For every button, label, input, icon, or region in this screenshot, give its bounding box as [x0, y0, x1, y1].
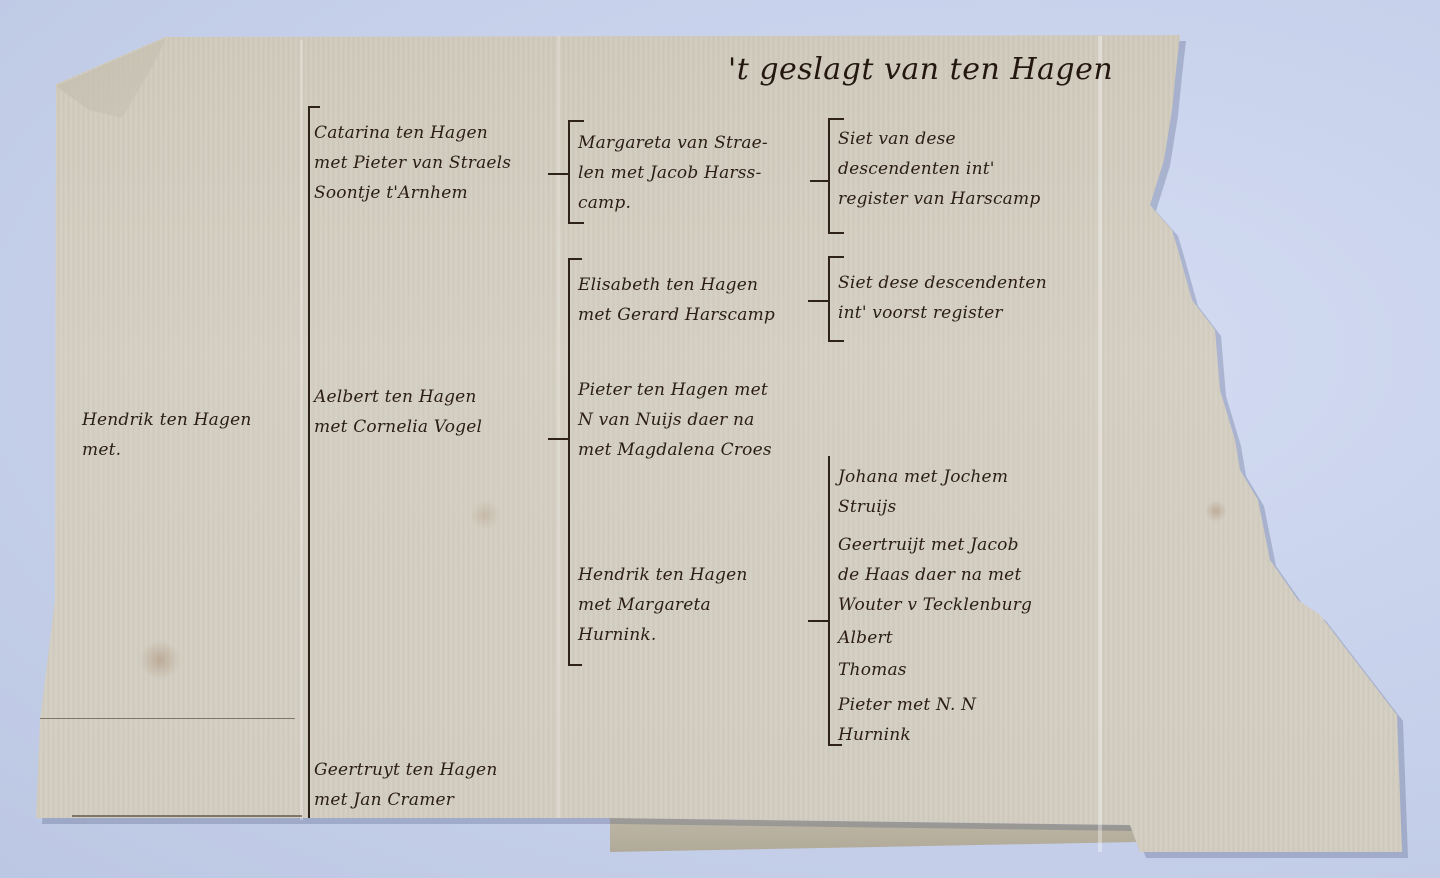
person-aelbert: Aelbert ten Hagen met Cornelia Vogel: [314, 382, 482, 442]
fold-crease: [300, 40, 303, 820]
entry-line: Albert: [838, 623, 893, 653]
entry-line: Geertruijt met Jacob: [838, 530, 1032, 560]
person-albert: Albert: [838, 623, 893, 653]
person-thomas: Thomas: [838, 655, 907, 685]
ruled-line: [72, 815, 302, 817]
person-hendrik-jr: Hendrik ten Hagen met Margareta Hurnink.: [578, 560, 747, 650]
entry-line: int' voorst register: [838, 298, 1047, 328]
person-johana: Johana met Jochem Struijs: [838, 462, 1008, 522]
entry-line: Hurnink.: [578, 620, 747, 650]
person-pieter: Pieter ten Hagen met N van Nuijs daer na…: [578, 375, 772, 465]
entry-line: N van Nuijs daer na: [578, 405, 772, 435]
person-pieter-nn: Pieter met N. N Hurnink: [838, 690, 976, 750]
bracket-tick: [568, 258, 582, 260]
generation-2-bracket-line: [308, 106, 310, 818]
fold-crease: [1098, 36, 1102, 852]
generation-4-bracket-line: [828, 456, 830, 746]
entry-line: met Pieter van Straels: [314, 148, 511, 178]
stain: [140, 640, 180, 680]
bracket-tick: [308, 106, 320, 108]
fold-crease: [557, 36, 560, 818]
generation-3-bracket-line: [568, 258, 570, 666]
person-elisabeth: Elisabeth ten Hagen met Gerard Harscamp: [578, 270, 775, 330]
connector-line: [548, 173, 570, 175]
person-root-hendrik: Hendrik ten Hagen met.: [82, 405, 251, 465]
entry-line: len met Jacob Harss-: [578, 158, 768, 188]
entry-line: de Haas daer na met: [838, 560, 1032, 590]
entry-line: Johana met Jochem: [838, 462, 1008, 492]
entry-line: Soontje t'Arnhem: [314, 178, 511, 208]
entry-line: Siet van dese: [838, 124, 1040, 154]
entry-line: Hurnink: [838, 720, 976, 750]
entry-line: Wouter v Tecklenburg: [838, 590, 1032, 620]
entry-line: met Margareta: [578, 590, 747, 620]
connector-line: [548, 438, 570, 440]
entry-line: Pieter ten Hagen met: [578, 375, 772, 405]
entry-line: met Magdalena Croes: [578, 435, 772, 465]
document-title: 't geslagt van ten Hagen: [728, 52, 1113, 87]
connector-line: [808, 620, 830, 622]
entry-line: met Gerard Harscamp: [578, 300, 775, 330]
stain: [1205, 500, 1227, 522]
entry-line: Geertruyt ten Hagen: [314, 755, 497, 785]
photo-stage: 't geslagt van ten Hagen Hendrik ten Hag…: [0, 0, 1440, 878]
entry-line: Pieter met N. N: [838, 690, 976, 720]
bracket-tick: [568, 664, 582, 666]
person-margareta-straelen: Margareta van Strae- len met Jacob Harss…: [578, 128, 768, 218]
note-see-previous-register: Siet dese descendenten int' voorst regis…: [838, 268, 1047, 328]
entry-line: Hendrik ten Hagen: [578, 560, 747, 590]
entry-line: Margareta van Strae-: [578, 128, 768, 158]
entry-line: descendenten int': [838, 154, 1040, 184]
entry-line: register van Harscamp: [838, 184, 1040, 214]
entry-line: Thomas: [838, 655, 907, 685]
person-catarina: Catarina ten Hagen met Pieter van Strael…: [314, 118, 511, 208]
stain: [470, 500, 500, 530]
entry-line: camp.: [578, 188, 768, 218]
entry-line: met Cornelia Vogel: [314, 412, 482, 442]
ruled-line: [40, 718, 295, 719]
entry-line: Aelbert ten Hagen: [314, 382, 482, 412]
connector-line: [808, 300, 830, 302]
entry-line: met.: [82, 435, 251, 465]
entry-line: Hendrik ten Hagen: [82, 405, 251, 435]
entry-line: Struijs: [838, 492, 1008, 522]
entry-line: met Jan Cramer: [314, 785, 497, 815]
connector-line: [810, 180, 830, 182]
entry-line: Elisabeth ten Hagen: [578, 270, 775, 300]
person-geertruyt: Geertruyt ten Hagen met Jan Cramer: [314, 755, 497, 815]
note-see-harscamp-register: Siet van dese descendenten int' register…: [838, 124, 1040, 214]
entry-line: Catarina ten Hagen: [314, 118, 511, 148]
entry-line: Siet dese descendenten: [838, 268, 1047, 298]
person-geertruijt: Geertruijt met Jacob de Haas daer na met…: [838, 530, 1032, 620]
